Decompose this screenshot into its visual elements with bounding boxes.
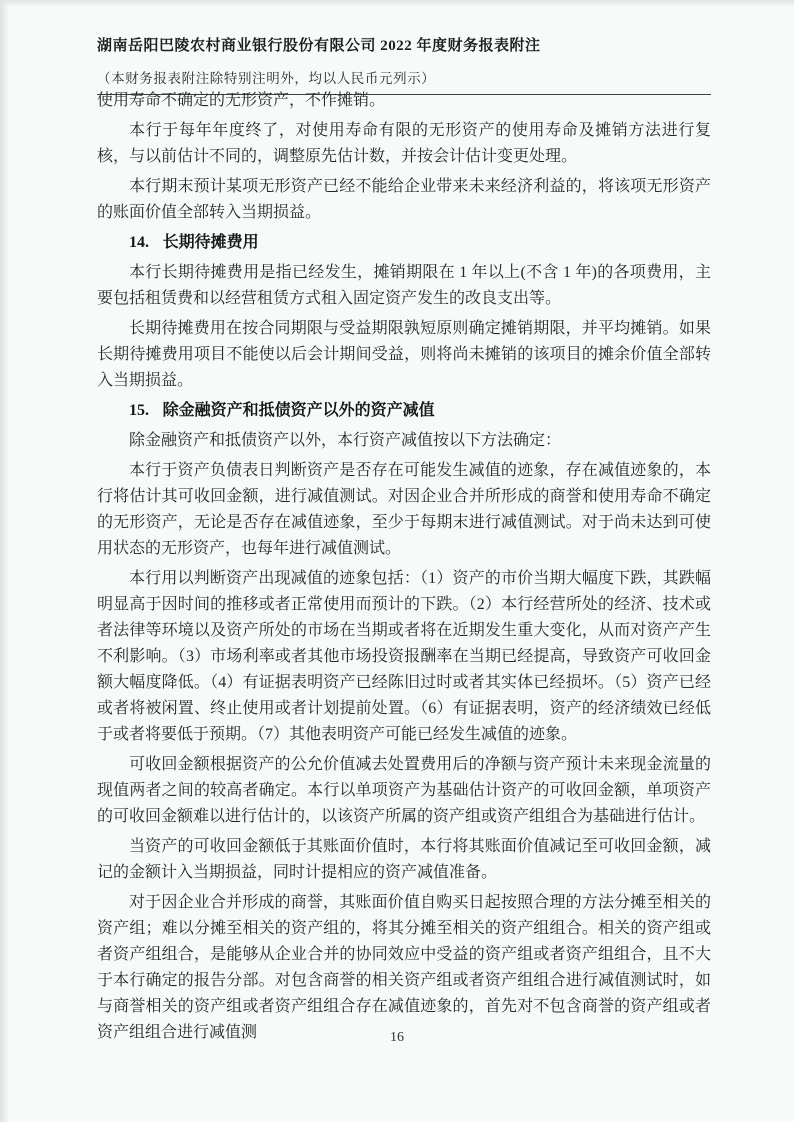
paragraph-continued: 使用寿命不确定的无形资产，不作摊销。 — [97, 88, 711, 114]
scan-edge-left — [0, 0, 9, 1122]
paragraph: 本行于资产负债表日判断资产是否存在可能发生减值的迹象，存在减值迹象的，本行将估计… — [97, 458, 711, 562]
paragraph: 长期待摊费用在按合同期限与受益期限孰短原则确定摊销期限，并平均摊销。如果长期待摊… — [97, 316, 711, 394]
section-heading-14: 14.长期待摊费用 — [97, 230, 711, 256]
page-footer: 16 — [0, 1030, 794, 1046]
paragraph: 可收回金额根据资产的公允价值减去处置费用后的净额与资产预计未来现金流量的现值两者… — [97, 752, 711, 830]
paragraph: 本行期末预计某项无形资产已经不能给企业带来未来经济利益的，将该项无形资产的账面价… — [97, 174, 711, 226]
section-title: 除金融资产和抵债资产以外的资产减值 — [163, 402, 435, 419]
page-number: 16 — [390, 1030, 404, 1045]
document-body: 使用寿命不确定的无形资产，不作摊销。 本行于每年年度终了，对使用寿命有限的无形资… — [97, 88, 711, 1050]
document-header: 湖南岳阳巴陵农村商业银行股份有限公司 2022 年度财务报表附注 （本财务报表附… — [97, 34, 711, 95]
section-number: 15. — [129, 402, 149, 419]
paragraph: 除金融资产和抵债资产以外，本行资产减值按以下方法确定： — [97, 428, 711, 454]
document-title: 湖南岳阳巴陵农村商业银行股份有限公司 2022 年度财务报表附注 — [97, 34, 711, 55]
paragraph: 本行用以判断资产出现减值的迹象包括：（1）资产的市价当期大幅度下跌，其跌幅明显高… — [97, 566, 711, 748]
paragraph: 本行长期待摊费用是指已经发生，摊销期限在 1 年以上(不含 1 年)的各项费用，… — [97, 260, 711, 312]
section-title: 长期待摊费用 — [163, 234, 259, 251]
paragraph-cutoff: 对于因企业合并形成的商誉，其账面价值自购买日起按照合理的方法分摊至相关的资产组；… — [97, 890, 711, 1046]
section-heading-15: 15.除金融资产和抵债资产以外的资产减值 — [97, 398, 711, 424]
scan-edge-top — [0, 0, 794, 7]
paragraph: 本行于每年年度终了，对使用寿命有限的无形资产的使用寿命及摊销方法进行复核，与以前… — [97, 118, 711, 170]
section-number: 14. — [129, 234, 149, 251]
paragraph: 当资产的可收回金额低于其账面价值时，本行将其账面价值减记至可收回金额，减记的金额… — [97, 834, 711, 886]
